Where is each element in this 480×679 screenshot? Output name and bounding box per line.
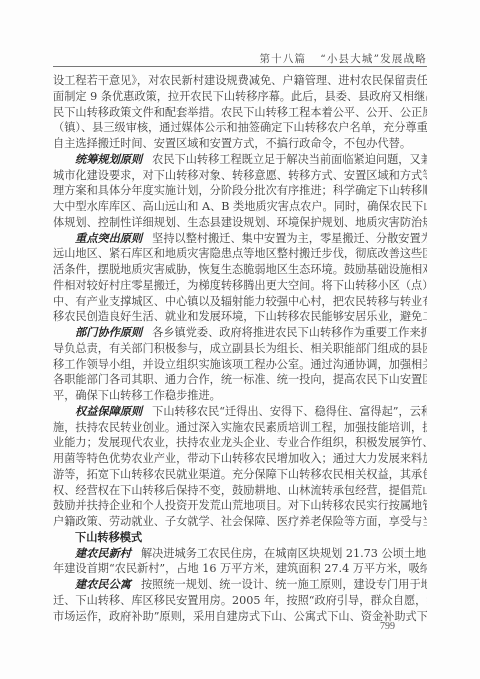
body-text: 设工程若干意见》，对农民新村建设规费减免、户籍管理、进村农民保留责任田、责任山等… <box>53 73 427 624</box>
text-line: 户籍政策、劳动就业、子女就学、社会保障、医疗养老保险等方面，享受与当地居民同等待… <box>53 514 427 530</box>
text-line: 建农民公寓按照统一规划、统一设计、统一施工原则，建设专门用于地质灾害避险搬 <box>53 577 427 593</box>
text-line: 各职能部门各司其职、通力合作，统一标准、统一投向，提高农民下山安置区基础设施建设… <box>53 372 427 388</box>
principle-heading: 权益保障原则 <box>75 404 142 418</box>
text-line: 鼓励并扶持企业和个人投资开发荒山荒地项目。对下山转移农民实行按属地管理原则，使其… <box>53 498 427 514</box>
section-heading-text: 下山转移模式 <box>75 530 142 544</box>
line-text: 业能力；发展现代农业，扶持农业龙头企业、专业合作组织，积极发展笋竹、茶叶、蔬菜、… <box>53 436 427 449</box>
line-text: 民下山转移政策文件和配套举措。农民下山转移工程本着公平、公开、公正原则，经村、乡 <box>53 106 427 119</box>
line-text: 各职能部门各司其职、通力合作，统一标准、统一投向，提高农民下山安置区基础设施建设… <box>53 373 427 386</box>
line-text: 权、经营权在下山转移后保持不变，鼓励耕地、山林流转承包经营，提倡荒山使用权有偿转… <box>53 484 427 497</box>
principle-heading: 部门协作原则 <box>75 325 142 339</box>
line-text: 大中型水库库区、高山远山和 A、B 类地质灾害点农户。同时，确保农民下山转移规划… <box>53 200 427 213</box>
section-heading: 下山转移模式 <box>53 530 427 546</box>
text-line: 业能力；发展现代农业，扶持农业龙头企业、专业合作组织，积极发展笋竹、茶叶、蔬菜、… <box>53 435 427 451</box>
text-line: 大中型水库库区、高山远山和 A、B 类地质灾害点农户。同时，确保农民下山转移规划… <box>53 199 427 215</box>
line-text: 移工作领导小组，并设立组织实施该项工程办公室。通过沟通协调，加强相关部门资源整合… <box>53 358 427 371</box>
text-line: 件相对较好村庄零星搬迁，为梯度转移腾出更大空间。将下山转移小区（点）地址选在人口… <box>53 278 427 294</box>
text-line: 设工程若干意见》，对农民新村建设规费减免、户籍管理、进村农民保留责任田、责任山等… <box>53 73 427 89</box>
principle-heading: 重点突出原则 <box>75 231 142 245</box>
text-line: 迁、下山转移、库区移民安置用房。2005 年，按照“政府引导，群众自愿，统筹规划… <box>53 593 427 609</box>
text-line: 远山地区、紧石库区和地质灾害隐患点等地区整村搬迁步伐，彻底改善这些区域农民基本生… <box>53 246 427 262</box>
text-line: 中、有产业支撑城区、中心镇以及辐射能力较强中心村，把农民转移与转业有机相结合，为… <box>53 294 427 310</box>
line-text: 农民下山转移工程既立足于解决当前面临紧迫问题，又兼顾今后生产发展、 <box>152 153 427 166</box>
text-line: 城市化建设要求，对下山转移对象、转移意愿、转移方式、安置区域和方式等进行科学分析… <box>53 168 427 184</box>
chapter-title: “小县大城”发展战略 <box>320 53 427 65</box>
line-text: 户籍政策、劳动就业、子女就学、社会保障、医疗养老保险等方面，享受与当地居民同等待… <box>53 515 427 528</box>
line-text: （镇）、县三级审核，通过媒体公示和抽签确定下山转移农户名单，充分尊重群众意愿，由… <box>53 121 427 134</box>
principle-heading: 建农民公寓 <box>75 577 131 591</box>
principle-heading: 统筹规划原则 <box>75 152 142 166</box>
line-text: 移农民创造良好生活、就业和发展环境，下山转移农民能够安居乐业，避免二次搬迁。 <box>53 310 427 323</box>
text-line: 施，扶持农民转业创业。通过深入实施农民素质培训工程，加强技能培训，提高下山转移农… <box>53 420 427 436</box>
line-text: 中、有产业支撑城区、中心镇以及辐射能力较强中心村，把农民转移与转业有机相结合，为… <box>53 295 427 308</box>
text-line: 重点突出原则坚持以整村搬迁、集中安置为主，零星搬迁、分散安置为辅。重点加快高山 <box>53 231 427 247</box>
line-text: 各乡镇党委、政府将推进农民下山转移作为重要工作来抓，党政主要领 <box>152 326 427 339</box>
line-text: 平，确保下山转移工作稳步推进。 <box>53 389 221 402</box>
text-line: （镇）、县三级审核，通过媒体公示和抽签确定下山转移农户名单，充分尊重群众意愿，由… <box>53 120 427 136</box>
text-line: 理方案和具体分年度实施计划，分阶段分批次有序推进；科学确定下山转移顺序，优先转移… <box>53 183 427 199</box>
line-text: 理方案和具体分年度实施计划，分阶段分批次有序推进；科学确定下山转移顺序，优先转移… <box>53 184 427 197</box>
line-text: 游等，拓宽下山转移农民就业渠道。充分保障下山转移农民相关权益，其承包的土地山林使… <box>53 468 427 481</box>
line-text: 自主选择搬迁时间、安置区域和安置方式，不搞行政命令，不包办代替。 <box>53 137 411 150</box>
principle-heading: 建农民新村 <box>75 546 131 560</box>
text-line: 游等，拓宽下山转移农民就业渠道。充分保障下山转移农民相关权益，其承包的土地山林使… <box>53 467 427 483</box>
line-text: 按照统一规划、统一设计、统一施工原则，建设专门用于地质灾害避险搬 <box>141 578 427 591</box>
line-text: 施，扶持农民转业创业。通过深入实施农民素质培训工程，加强技能培训，提高下山转移农… <box>53 421 427 434</box>
line-text: 件相对较好村庄零星搬迁，为梯度转移腾出更大空间。将下山转移小区（点）地址选在人口… <box>53 279 427 292</box>
document-page: 第十八篇“小县大城”发展战略 设工程若干意见》，对农民新村建设规费减免、户籍管理… <box>0 0 480 679</box>
line-text: 城市化建设要求，对下山转移对象、转移意愿、转移方式、安置区域和方式等进行科学分析… <box>53 169 427 182</box>
line-text: 市场运作，政府补助”原则，采用自建房式下山、公寓式下山、资金补助式下山、县外安置… <box>53 610 427 623</box>
chapter-number: 第十八篇 <box>259 53 306 65</box>
line-text: 坚持以整村搬迁、集中安置为主，零星搬迁、分散安置为辅。重点加快高山 <box>152 232 427 245</box>
text-line: 面制定 9 条优惠政策，拉开农民下山转移序幕。此后，县委、县政府又相继出台一系列… <box>53 89 427 105</box>
line-text: 鼓励并扶持企业和个人投资开发荒山荒地项目。对下山转移农民实行按属地管理原则，使其… <box>53 499 427 512</box>
text-line: 体规划、控制性详细规划、生态县建设规划、环境保护规划、地质灾害防治规划等相配套衔… <box>53 215 427 231</box>
line-text: 面制定 9 条优惠政策，拉开农民下山转移序幕。此后，县委、县政府又相继出台一系列… <box>53 90 427 103</box>
line-text: 下山转移农民“迁得出、安得下、稳得住、富得起”，云和县采取各种有效措 <box>152 405 427 418</box>
line-text: 迁、下山转移、库区移民安置用房。2005 年，按照“政府引导，群众自愿，统筹规划… <box>53 594 427 607</box>
text-line: 建农民新村解决进城务工农民住房，在城南区块规划 21.73 公顷土地兴建农民新村… <box>53 546 427 562</box>
text-line: 导负总责，有关部门积极参与，成立副县长为组长、相关职能部门组成的县困难群众下山转 <box>53 341 427 357</box>
text-line: 移工作领导小组，并设立组织实施该项工程办公室。通过沟通协调，加强相关部门资源整合… <box>53 357 427 373</box>
text-line: 权、经营权在下山转移后保持不变，鼓励耕地、山林流转承包经营，提倡荒山使用权有偿转… <box>53 483 427 499</box>
line-text: 年建设首期“农民新村”，占地 16 万平方米，建筑面积 27.4 万平方米，吸纳… <box>53 562 427 575</box>
line-text: 设工程若干意见》，对农民新村建设规费减免、户籍管理、进村农民保留责任田、责任山等… <box>53 74 427 87</box>
line-text: 活条件，摆脱地质灾害威胁，恢复生态脆弱地区生态环境。鼓励基础设施相对较完善，生产… <box>53 263 427 276</box>
line-text: 导负总责，有关部门积极参与，成立副县长为组长、相关职能部门组成的县困难群众下山转 <box>53 342 427 355</box>
text-line: 部门协作原则各乡镇党委、政府将推进农民下山转移作为重要工作来抓，党政主要领 <box>53 325 427 341</box>
text-line: 用菌等特色优势农业产业，带动下山转移农民增加收入；通过大力发展来料加工业、农家乐… <box>53 451 427 467</box>
text-line: 年建设首期“农民新村”，占地 16 万平方米，建筑面积 27.4 万平方米，吸纳… <box>53 561 427 577</box>
text-line: 权益保障原则下山转移农民“迁得出、安得下、稳得住、富得起”，云和县采取各种有效措 <box>53 404 427 420</box>
text-line: 市场运作，政府补助”原则，采用自建房式下山、公寓式下山、资金补助式下山、县外安置… <box>53 609 427 625</box>
page-number: 799 <box>380 621 395 632</box>
text-line: 移农民创造良好生活、就业和发展环境，下山转移农民能够安居乐业，避免二次搬迁。 <box>53 309 427 325</box>
line-text: 体规划、控制性详细规划、生态县建设规划、环境保护规划、地质灾害防治规划等相配套衔… <box>53 216 427 229</box>
line-text: 用菌等特色优势农业产业，带动下山转移农民增加收入；通过大力发展来料加工业、农家乐… <box>53 452 427 465</box>
text-line: 自主选择搬迁时间、安置区域和安置方式，不搞行政命令，不包办代替。 <box>53 136 427 152</box>
header-rule <box>53 66 427 67</box>
text-line: 统筹规划原则农民下山转移工程既立足于解决当前面临紧迫问题，又兼顾今后生产发展、 <box>53 152 427 168</box>
text-line: 活条件，摆脱地质灾害威胁，恢复生态脆弱地区生态环境。鼓励基础设施相对较完善，生产… <box>53 262 427 278</box>
text-line: 民下山转移政策文件和配套举措。农民下山转移工程本着公平、公开、公正原则，经村、乡 <box>53 105 427 121</box>
running-header: 第十八篇“小县大城”发展战略 <box>259 51 427 66</box>
line-text: 解决进城务工农民住房，在城南区块规划 21.73 公顷土地兴建农民新村。2000 <box>141 547 427 560</box>
text-line: 平，确保下山转移工作稳步推进。 <box>53 388 427 404</box>
line-text: 远山地区、紧石库区和地质灾害隐患点等地区整村搬迁步伐，彻底改善这些区域农民基本生… <box>53 247 427 260</box>
